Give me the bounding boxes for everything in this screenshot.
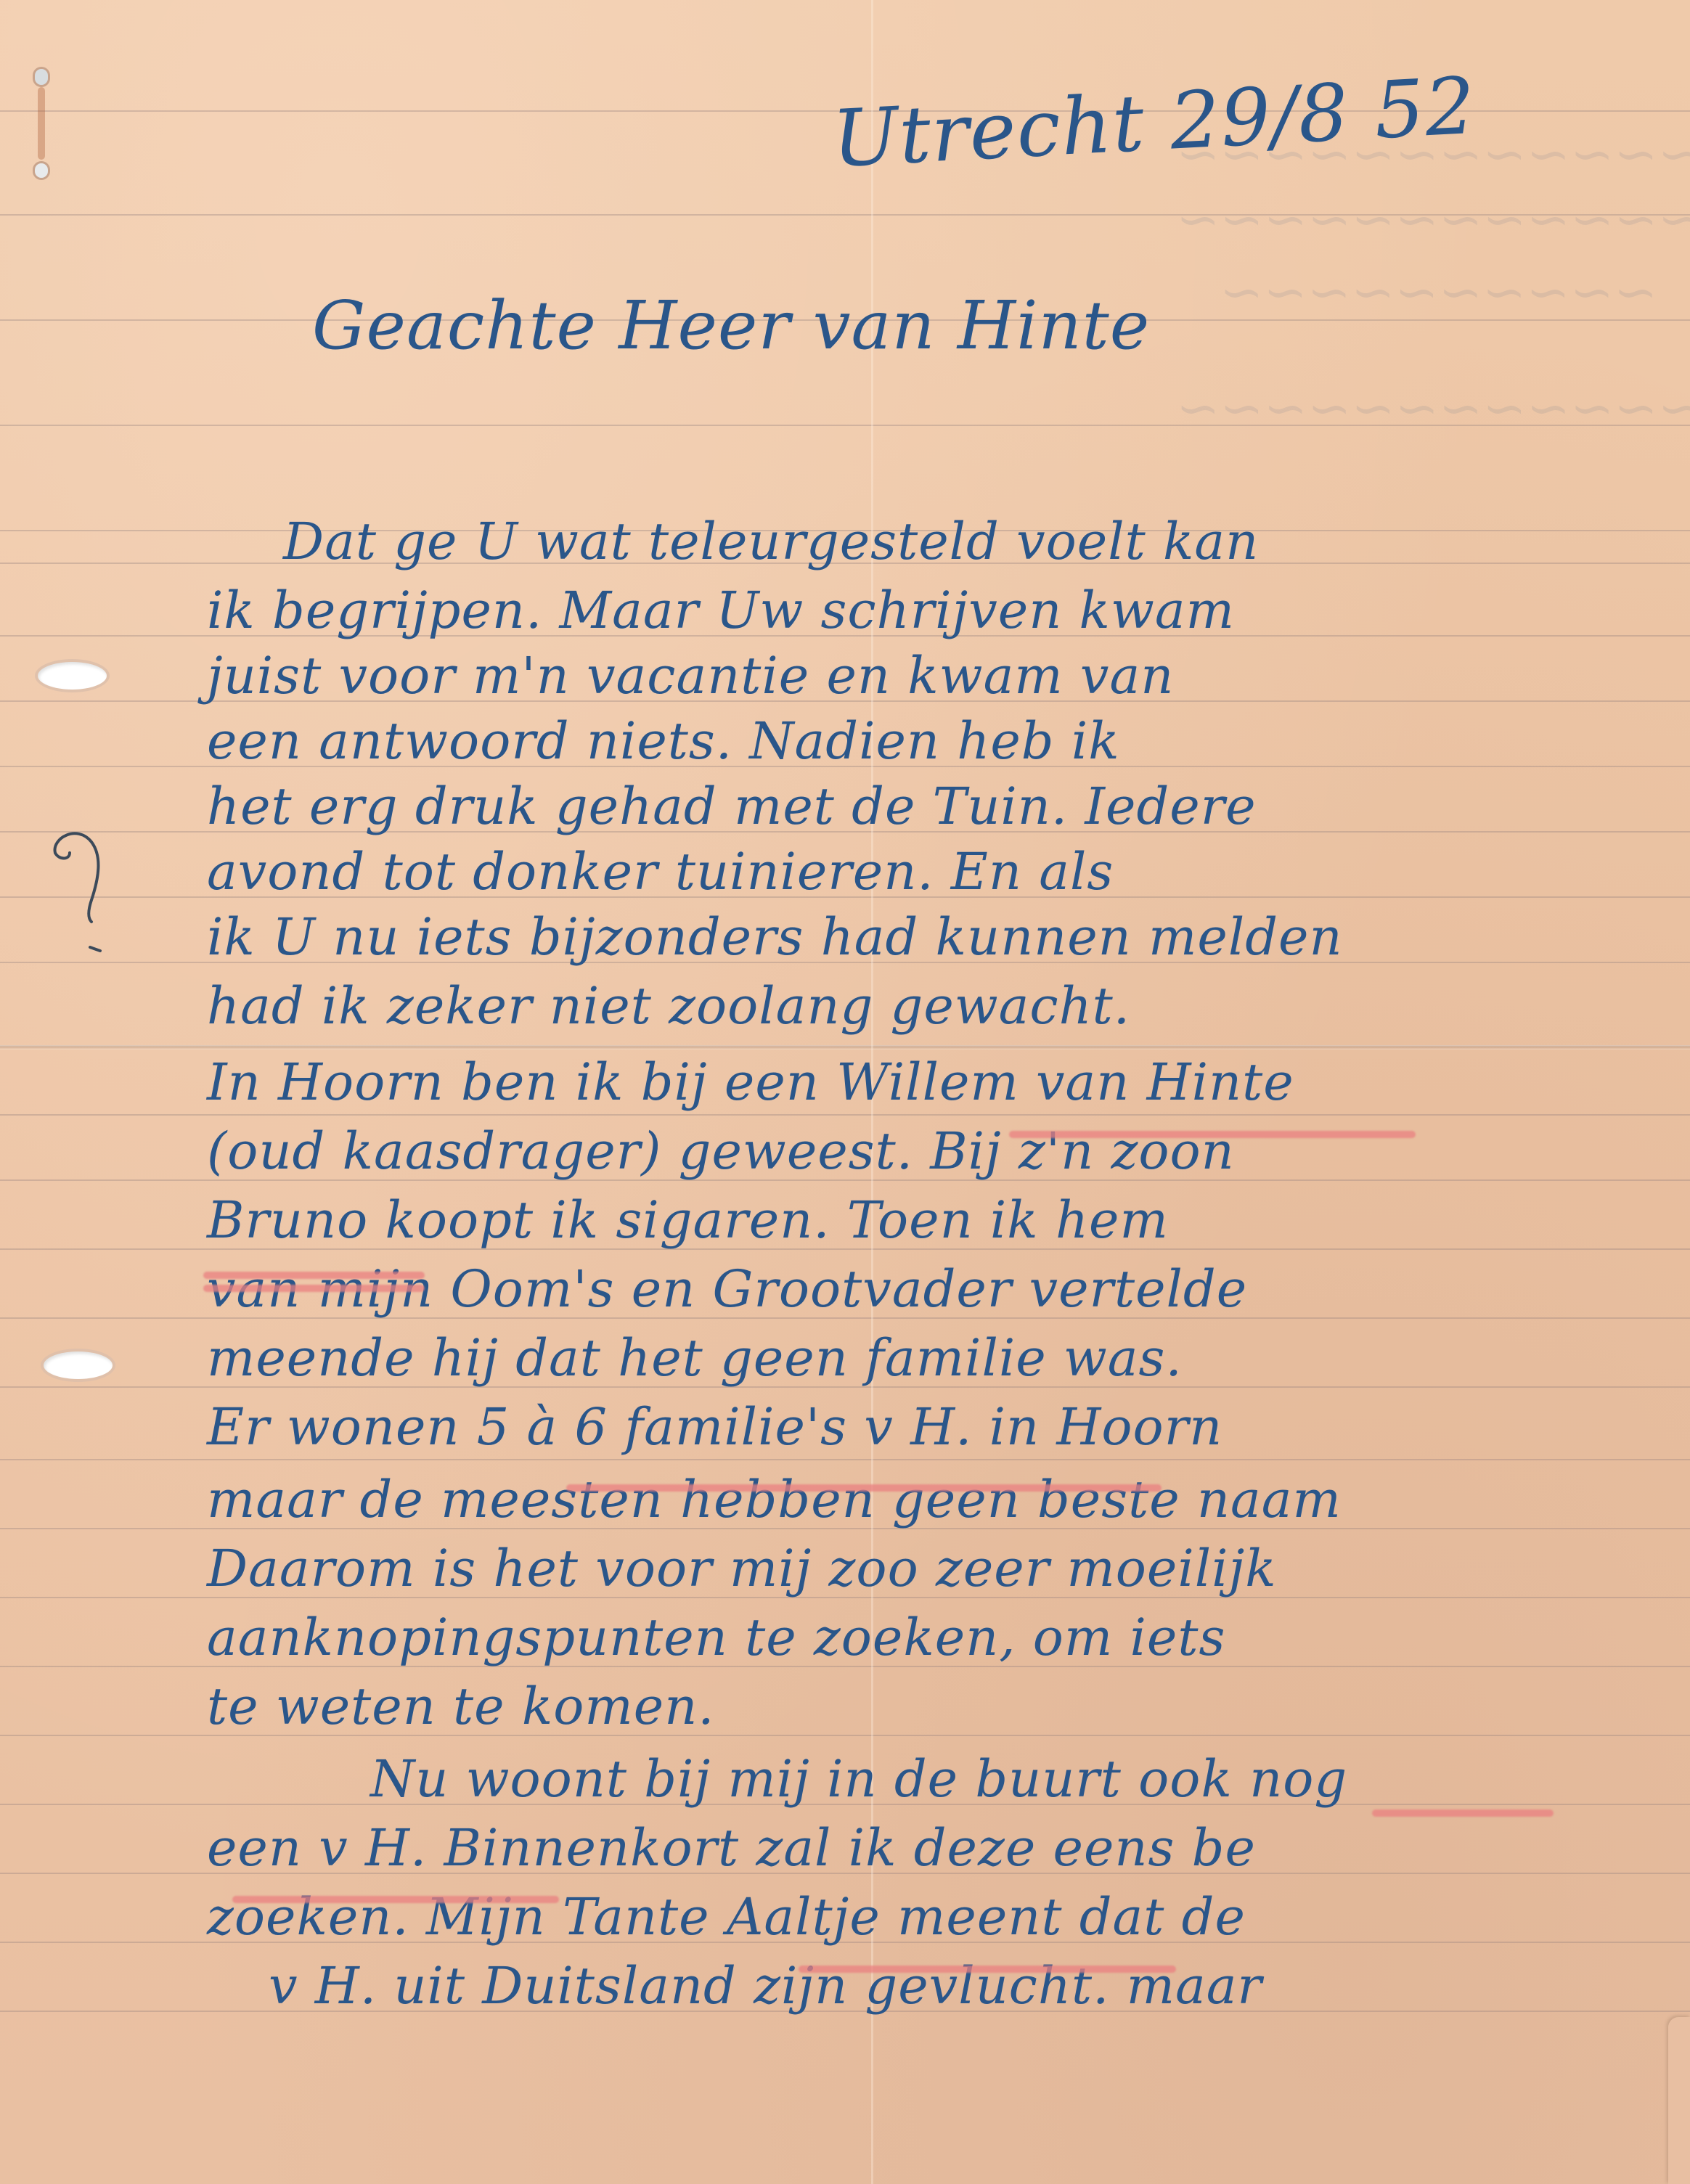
body-line: Daarom is het voor mij zoo zeer moeilijk — [207, 1539, 1277, 1598]
body-line: meende hij dat het geen familie was. — [207, 1328, 1183, 1388]
body-line: maar de meesten hebben geen beste naam — [207, 1470, 1342, 1529]
punch-hole-upper — [38, 662, 107, 690]
body-line: aanknopingspunten te zoeken, om iets — [207, 1608, 1225, 1667]
underline-tante-aaltje — [799, 1966, 1176, 1973]
page-corner-tab — [1668, 2017, 1690, 2184]
staple-hole-bottom — [35, 163, 48, 178]
body-line: het erg druk gehad met de Tuin. Iedere — [207, 777, 1257, 836]
body-line: een antwoord niets. Nadien heb ik — [207, 711, 1120, 771]
staple-hole-top — [35, 69, 48, 85]
salutation: Geachte Heer van Hinte — [312, 287, 1150, 364]
body-line: had ik zeker niet zoolang gewacht. — [207, 976, 1130, 1036]
punch-hole-lower — [44, 1351, 113, 1379]
body-line: ik U nu iets bijzonders had kunnen melde… — [207, 907, 1343, 967]
body-line: te weten te komen. — [207, 1677, 715, 1736]
body-line: ik begrijpen. Maar Uw schrijven kwam — [207, 581, 1235, 640]
body-line: juist voor m'n vacantie en kwam van — [207, 646, 1174, 705]
body-line: avond tot donker tuinieren. En als — [207, 842, 1114, 901]
body-line: Bruno koopt ik sigaren. Toen ik hem — [207, 1190, 1169, 1250]
body-line: In Hoorn ben ik bij een Willem van Hinte — [207, 1052, 1294, 1112]
underline-ook-nog — [1372, 1809, 1554, 1817]
rust-stain — [38, 87, 45, 160]
body-line: een v H. Binnenkort zal ik deze eens be — [207, 1818, 1256, 1878]
body-line: Er wonen 5 à 6 familie's v H. in Hoorn — [207, 1397, 1222, 1457]
underline-bruno-2 — [203, 1285, 425, 1292]
body-line: Dat ge U wat teleurgesteld voelt kan — [283, 512, 1259, 571]
body-line: Nu woont bij mij in de buurt ook nog — [370, 1749, 1347, 1809]
margin-question-mark — [48, 820, 106, 965]
underline-bruno-1 — [203, 1272, 425, 1279]
horizontal-fold-crease — [0, 1045, 1690, 1050]
underline-een-vh — [232, 1896, 559, 1903]
underline-families-vh — [566, 1484, 1162, 1492]
underline-willem-van-hinte — [1009, 1131, 1416, 1138]
